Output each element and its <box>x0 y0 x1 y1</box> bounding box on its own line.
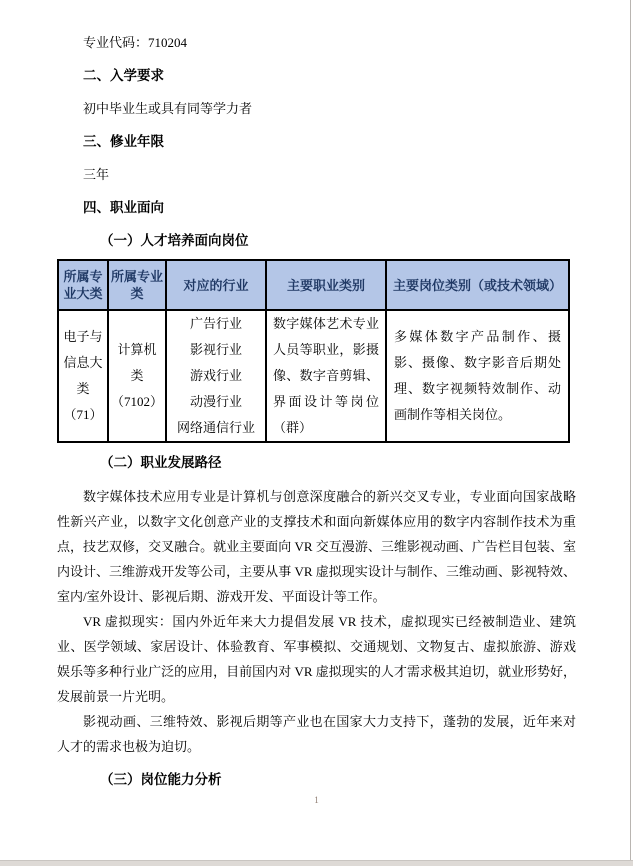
cell-positions: 多媒体数字产品制作、摄影、摄像、数字影音后期处理、数字视频特效制作、动画制作等相… <box>386 310 569 442</box>
cell-class: 计算机 类 （7102） <box>108 310 166 442</box>
cell-line: 类 <box>111 363 163 389</box>
document-page: 专业代码：710204 二、入学要求 初中毕业生或具有同等学力者 三、修业年限 … <box>0 0 633 866</box>
document-content: 专业代码：710204 二、入学要求 初中毕业生或具有同等学力者 三、修业年限 … <box>0 0 633 866</box>
subheading-career-path: （二）职业发展路径 <box>57 456 576 470</box>
cell-line: 网络通信行业 <box>169 415 263 441</box>
cell-line: 广告行业 <box>169 311 263 337</box>
header-major-category: 所属专业大类 <box>58 260 108 310</box>
page-edge-right <box>630 0 631 860</box>
cell-line: 信息大 <box>61 350 105 376</box>
cell-line: 类 <box>61 376 105 402</box>
subheading-positions: （一）人才培养面向岗位 <box>57 234 576 248</box>
career-table: 所属专业大类 所属专业类 对应的行业 主要职业类别 主要岗位类别（或技术领域） … <box>57 259 570 443</box>
heading-career: 四、职业面向 <box>57 201 576 215</box>
cell-line: 游戏行业 <box>169 363 263 389</box>
paragraph-career-3: 影视动画、三维特效、影视后期等产业也在国家大力支持下，蓬勃的发展，近年来对人才的… <box>57 709 576 759</box>
page-number: 1 <box>57 794 576 806</box>
cell-major-category: 电子与 信息大 类 （71） <box>58 310 108 442</box>
header-occupation: 主要职业类别 <box>266 260 386 310</box>
paragraph-career-2: VR 虚拟现实：国内外近年来大力提倡发展 VR 技术，虚拟现实已经被制造业、建筑… <box>57 609 576 709</box>
heading-duration: 三、修业年限 <box>57 135 576 149</box>
heading-admission: 二、入学要求 <box>57 69 576 83</box>
admission-body: 初中毕业生或具有同等学力者 <box>57 102 576 116</box>
table-header-row: 所属专业大类 所属专业类 对应的行业 主要职业类别 主要岗位类别（或技术领域） <box>58 260 569 310</box>
page-edge-bottom <box>0 860 633 866</box>
header-position-type: 主要岗位类别（或技术领域） <box>386 260 569 310</box>
paragraph-career-1: 数字媒体技术应用专业是计算机与创意深度融合的新兴交叉专业，专业面向国家战略性新兴… <box>57 484 576 609</box>
table-row: 电子与 信息大 类 （71） 计算机 类 （7102） 广告行业 影视行业 游戏… <box>58 310 569 442</box>
cell-industry: 广告行业 影视行业 游戏行业 动漫行业 网络通信行业 <box>166 310 266 442</box>
cell-line: 计算机 <box>111 337 163 363</box>
header-class: 所属专业类 <box>108 260 166 310</box>
cell-line: （71） <box>61 402 105 428</box>
cell-line: 电子与 <box>61 324 105 350</box>
duration-body: 三年 <box>57 168 576 182</box>
cell-occupation: 数字媒体艺术专业人员等职业，影摄像、数字音剪辑、界面设计等岗位（群） <box>266 310 386 442</box>
cell-line: 影视行业 <box>169 337 263 363</box>
cell-line: （7102） <box>111 389 163 415</box>
subheading-ability-analysis: （三）岗位能力分析 <box>57 773 576 787</box>
major-code-line: 专业代码：710204 <box>57 36 576 50</box>
cell-line: 动漫行业 <box>169 389 263 415</box>
header-industry: 对应的行业 <box>166 260 266 310</box>
